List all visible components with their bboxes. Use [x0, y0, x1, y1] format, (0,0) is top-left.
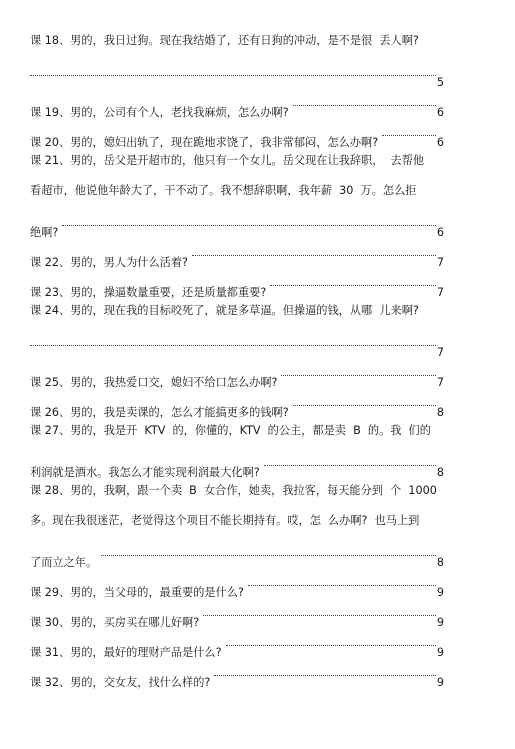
toc-entry-link[interactable]: 课 22、男的，男人为什么活着? 7 [30, 236, 444, 266]
toc-entry-link[interactable]: 课 23、男的，操逼数量重要，还是质量都重要? 7 [30, 266, 444, 296]
dot-leader [270, 266, 436, 296]
dot-leader [264, 446, 436, 476]
document-page: 课 18、男的，我日过狗。现在我结婚了，还有日狗的冲动，是不是很 丢人啊? 5 … [0, 0, 515, 749]
dot-leader [248, 566, 436, 596]
toc-entry-link[interactable]: 课 19、男的，公司有个人，老找我麻烦，怎么办啊? 6 [30, 86, 444, 116]
dot-leader [192, 236, 436, 266]
toc-entry-link[interactable]: 课 20、男的，媳妇出轨了，现在跪地求饶了，我非常郁闷，怎么办啊? 6 [30, 116, 444, 146]
toc-line: 课 18、男的，我日过狗。现在我结婚了，还有日狗的冲动，是不是很 丢人啊? [30, 26, 444, 56]
toc-entry-text: 课 32、男的，交女友，找什么样的? [30, 668, 210, 698]
toc-entry-link[interactable]: 课 29、男的，当父母的，最重要的是什么? 9 [30, 566, 444, 596]
table-of-contents: 课 18、男的，我日过狗。现在我结婚了，还有日狗的冲动，是不是很 丢人啊? 5 … [30, 26, 444, 686]
toc-entry-text: 多。现在我很迷茫，老觉得这个项目不能长期持有。哎，怎 么办啊? 也马上到 [30, 506, 444, 536]
dot-leader [214, 656, 436, 686]
toc-entry-link[interactable]: 绝啊? 6 [30, 206, 444, 236]
dot-leader [30, 56, 436, 86]
toc-entry-link[interactable]: 课 25、男的，我热爱口交，媳妇不给口怎么办啊? 7 [30, 356, 444, 386]
dot-leader [101, 536, 436, 566]
dot-leader [226, 626, 436, 656]
toc-line: 课 21、男的，岳父是开超市的，他只有一个女儿。岳父现在让我辞职， 去帮他 [30, 146, 444, 176]
toc-entry-text: 课 27、男的，我是开 KTV 的，你懂的，KTV 的公主，都是卖 B 的。我 … [30, 416, 444, 446]
toc-entry-link[interactable]: 5 [30, 56, 444, 86]
toc-entry-text: 课 24、男的，现在我的目标咬死了，就是多草逼。但操逼的钱，从哪 儿来啊? [30, 296, 444, 326]
toc-line: 课 24、男的，现在我的目标咬死了，就是多草逼。但操逼的钱，从哪 儿来啊? [30, 296, 444, 326]
toc-line: 课 27、男的，我是开 KTV 的，你懂的，KTV 的公主，都是卖 B 的。我 … [30, 416, 444, 446]
toc-line: 课 28、男的，我啊，跟一个卖 B 女合作，她卖，我拉客，每天能分到 个 100… [30, 476, 444, 506]
toc-entry-link[interactable]: 课 30、男的，买房买在哪儿好啊? 9 [30, 596, 444, 626]
dot-leader [293, 86, 436, 116]
toc-entry-link[interactable]: 课 31、男的，最好的理财产品是什么? 9 [30, 626, 444, 656]
dot-leader [382, 116, 436, 146]
dot-leader [30, 326, 436, 356]
toc-entry-text: 看超市，他说他年龄大了，干不动了。我不想辞职啊，我年薪 30 万。怎么拒 [30, 176, 444, 206]
toc-entry-link[interactable]: 课 32、男的，交女友，找什么样的? 9 [30, 656, 444, 686]
toc-entry-text: 课 18、男的，我日过狗。现在我结婚了，还有日狗的冲动，是不是很 丢人啊? [30, 26, 444, 56]
toc-entry-link[interactable]: 了而立之年。 8 [30, 536, 444, 566]
dot-leader [293, 386, 436, 416]
dot-leader [203, 596, 436, 626]
toc-line: 看超市，他说他年龄大了，干不动了。我不想辞职啊，我年薪 30 万。怎么拒 [30, 176, 444, 206]
dot-leader [281, 356, 435, 386]
dot-leader [62, 206, 436, 236]
toc-entry-link[interactable]: 7 [30, 326, 444, 356]
toc-entry-text: 课 28、男的，我啊，跟一个卖 B 女合作，她卖，我拉客，每天能分到 个 100… [30, 476, 444, 506]
toc-page-number: 9 [437, 668, 444, 698]
toc-line: 多。现在我很迷茫，老觉得这个项目不能长期持有。哎，怎 么办啊? 也马上到 [30, 506, 444, 536]
toc-entry-text: 课 21、男的，岳父是开超市的，他只有一个女儿。岳父现在让我辞职， 去帮他 [30, 146, 444, 176]
toc-entry-link[interactable]: 利润就是酒水。我怎么才能实现利润最大化啊? 8 [30, 446, 444, 476]
toc-entry-link[interactable]: 课 26、男的，我是卖课的，怎么才能搞更多的钱啊? 8 [30, 386, 444, 416]
